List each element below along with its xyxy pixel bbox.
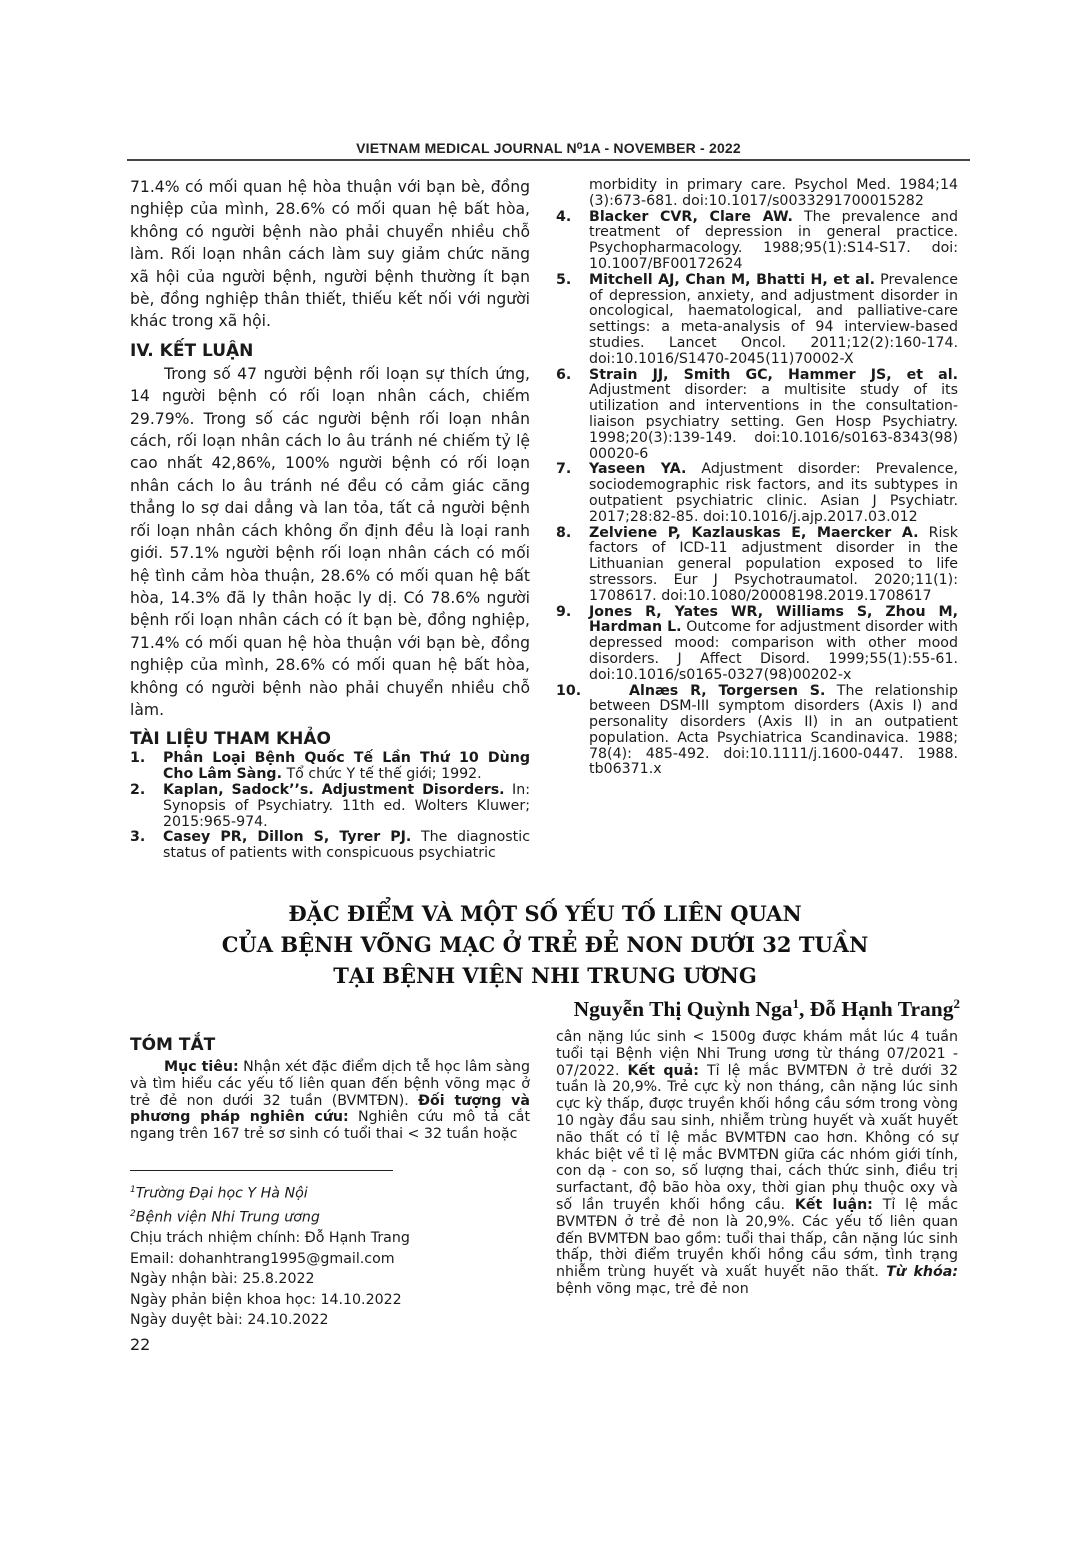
reference-item: 6.Strain JJ, Smith GC, Hammer JS, et al.…	[556, 368, 958, 463]
conclusion-paragraph: Trong số 47 người bệnh rối loạn sự thích…	[130, 363, 530, 722]
affiliation-1: 1Trường Đại học Y Hà Nội	[130, 1180, 530, 1204]
footnote-rule	[130, 1170, 393, 1171]
reference-item: 9.Jones R, Yates WR, Williams S, Zhou M,…	[556, 605, 958, 684]
reference-item: 4.Blacker CVR, Clare AW. The prevalence …	[556, 210, 958, 273]
abstract-heading: TÓM TẮT	[130, 1034, 530, 1056]
date-received: Ngày nhận bài: 25.8.2022	[130, 1269, 530, 1289]
reference-item: 5.Mitchell AJ, Chan M, Bhatti H, et al. …	[556, 273, 958, 368]
author-line: Nguyễn Thị Quỳnh Nga1, Đỗ Hạnh Trang2	[556, 996, 960, 1022]
reference-authors: Casey PR, Dillon S, Tyrer PJ.	[163, 829, 411, 845]
title-line: CỦA BỆNH VÕNG MẠC Ở TRẺ ĐẺ NON DƯỚI 32 T…	[130, 929, 960, 960]
references-heading: TÀI LIỆU THAM KHẢO	[130, 727, 530, 751]
footnotes: 1Trường Đại học Y Hà Nội 2Bệnh viện Nhi …	[130, 1180, 530, 1330]
conclusion-label: Kết luận:	[795, 1197, 873, 1213]
date-reviewed: Ngày phản biện khoa học: 14.10.2022	[130, 1290, 530, 1310]
reference-item: 3.Casey PR, Dillon S, Tyrer PJ. The diag…	[130, 830, 530, 862]
reference-item: 10.Alnæs R, Torgersen S. The relationshi…	[556, 684, 958, 779]
title-line: ĐẶC ĐIỂM VÀ MỘT SỐ YẾU TỐ LIÊN QUAN	[130, 898, 960, 929]
reference-authors: Kaplan, Sadock’’s. Adjustment Disorders.	[163, 782, 505, 798]
reference-continuation: morbidity in primary care. Psychol Med. …	[556, 178, 958, 210]
author-name: Nguyễn Thị Quỳnh Nga	[574, 997, 793, 1021]
reference-item: 2.Kaplan, Sadock’’s. Adjustment Disorder…	[130, 783, 530, 830]
reference-details: Tổ chức Y tế thế giới; 1992.	[282, 766, 482, 782]
article-title: ĐẶC ĐIỂM VÀ MỘT SỐ YẾU TỐ LIÊN QUAN CỦA …	[130, 898, 960, 991]
reference-item: 7.Yaseen YA. Adjustment disorder: Preval…	[556, 462, 958, 525]
keywords-label: Từ khóa:	[886, 1264, 958, 1280]
objective-label: Mục tiêu:	[164, 1059, 239, 1075]
affiliation-mark: 2	[954, 996, 961, 1011]
abstract-paragraph-cont: cân nặng lúc sinh < 1500g được khám mắt …	[556, 1029, 958, 1298]
reference-authors: Alnæs R, Torgersen S.	[629, 683, 825, 699]
keywords: bệnh võng mạc, trẻ đẻ non	[556, 1281, 749, 1297]
header-rule	[127, 159, 970, 161]
author-name: Đỗ Hạnh Trang	[810, 997, 954, 1021]
reference-authors: Mitchell AJ, Chan M, Bhatti H, et al.	[589, 272, 875, 288]
running-header: VIETNAM MEDICAL JOURNAL N⁰1A - NOVEMBER …	[127, 140, 970, 157]
reference-authors: Zelviene P, Kazlauskas E, Maercker A.	[589, 525, 918, 541]
abstract-paragraph: Mục tiêu: Nhận xét đặc điểm dịch tễ học …	[130, 1059, 530, 1143]
abstract-right: cân nặng lúc sinh < 1500g được khám mắt …	[556, 1029, 958, 1298]
page-number: 22	[130, 1335, 150, 1354]
title-line: TẠI BỆNH VIỆN NHI TRUNG ƯƠNG	[130, 960, 960, 991]
corresponding-author: Chịu trách nhiệm chính: Đỗ Hạnh Trang	[130, 1228, 530, 1248]
date-accepted: Ngày duyệt bài: 24.10.2022	[130, 1310, 530, 1330]
reference-list-left: 1.Phân Loại Bệnh Quốc Tế Lần Thứ 10 Dùng…	[130, 751, 530, 862]
results-label: Kết quả:	[628, 1063, 699, 1079]
reference-details: Adjustment disorder: a multisite study o…	[589, 382, 958, 461]
affiliation-2: 2Bệnh viện Nhi Trung ương	[130, 1204, 530, 1228]
abstract-left: TÓM TẮT Mục tiêu: Nhận xét đặc điểm dịch…	[130, 1034, 530, 1143]
conclusion-heading: IV. KẾT LUẬN	[130, 339, 530, 363]
right-column: morbidity in primary care. Psychol Med. …	[556, 178, 958, 778]
reference-item: 8.Zelviene P, Kazlauskas E, Maercker A. …	[556, 526, 958, 605]
discussion-paragraph: 71.4% có mối quan hệ hòa thuận với bạn b…	[130, 176, 530, 333]
reference-item: 1.Phân Loại Bệnh Quốc Tế Lần Thứ 10 Dùng…	[130, 751, 530, 783]
reference-list-right: 4.Blacker CVR, Clare AW. The prevalence …	[556, 210, 958, 779]
email: Email: dohanhtrang1995@gmail.com	[130, 1249, 530, 1269]
reference-authors: Yaseen YA.	[589, 461, 686, 477]
journal-page: VIETNAM MEDICAL JOURNAL N⁰1A - NOVEMBER …	[0, 0, 1090, 1541]
left-column: 71.4% có mối quan hệ hòa thuận với bạn b…	[130, 176, 530, 862]
reference-authors: Blacker CVR, Clare AW.	[589, 209, 793, 225]
reference-authors: Strain JJ, Smith GC, Hammer JS, et al.	[589, 367, 958, 383]
